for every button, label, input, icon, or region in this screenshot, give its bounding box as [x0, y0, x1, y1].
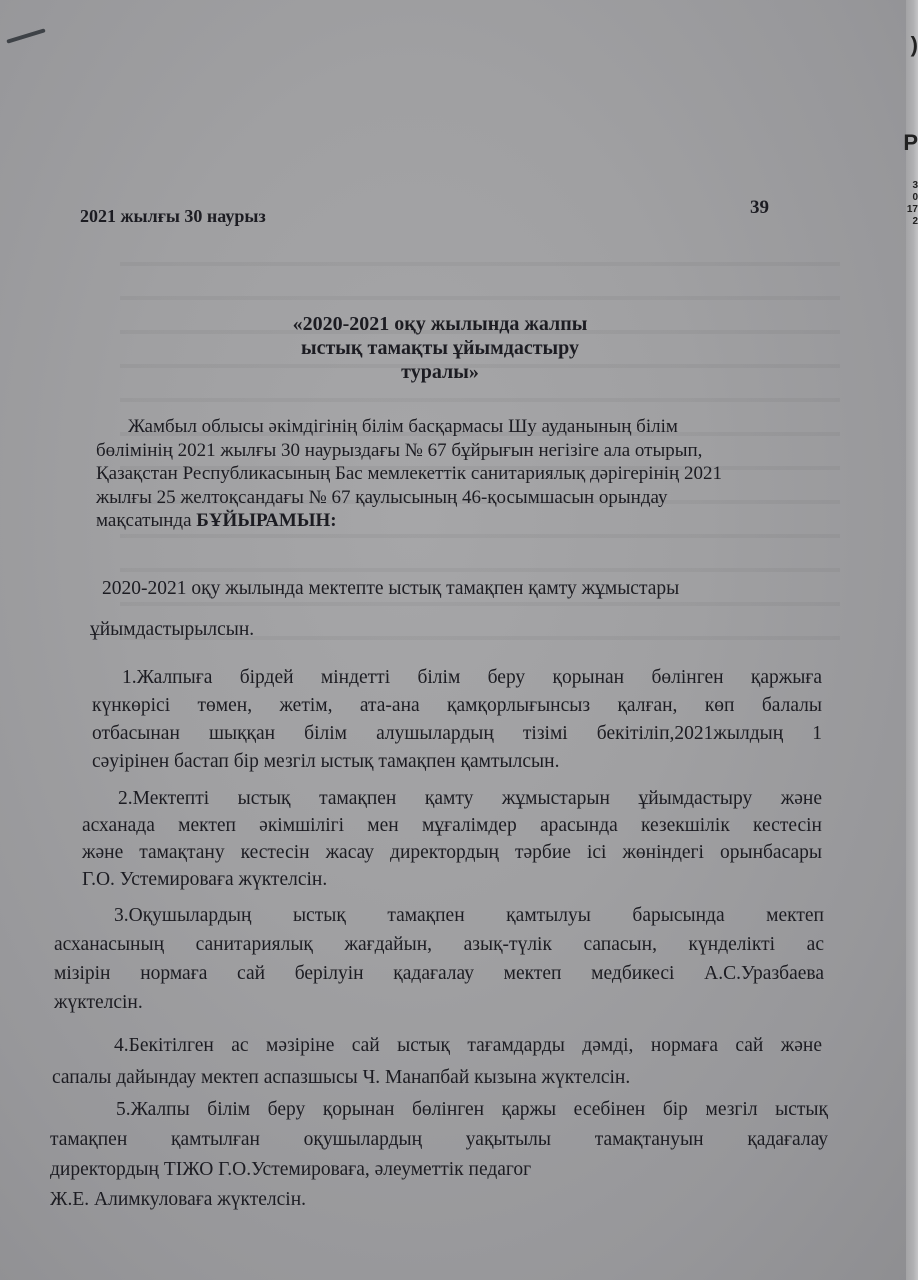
item-line: сәуірінен бастап бір мезгіл ыстық тамақп… — [92, 748, 822, 776]
order-directive: БҰЙЫРАМЫН: — [196, 510, 336, 531]
document-page: 2021 жылғы 30 наурыз 39 «2020-2021 оқу ж… — [0, 0, 918, 1280]
title-line: ыстық тамақты ұйымдастыру — [240, 336, 640, 360]
item-line: мізірін нормаға сай берілуін қадағалау м… — [54, 959, 824, 988]
preamble-line: жылғы 25 желтоқсандағы № 67 қаулысының 4… — [96, 486, 796, 510]
item-line: тамақпен қамтылған оқушылардың уақытылы … — [50, 1125, 828, 1155]
item-line: 3.Оқушылардың ыстық тамақпен қамтылуы ба… — [54, 901, 824, 930]
item-line: және тамақтану кестесін жасау директорды… — [82, 839, 822, 866]
item-line: асханада мектеп әкімшілігі мен мұғалімде… — [82, 812, 822, 839]
preamble-line: мақсатында — [96, 510, 196, 531]
item-line: Г.О. Устемироваға жүктелсін. — [82, 866, 822, 893]
order-item-4: 4.Бекітілген ас мәзіріне сай ыстық тағам… — [52, 1030, 822, 1094]
preamble-paragraph: Жамбыл облысы әкімдігінің білім басқарма… — [96, 415, 796, 533]
item-line: 5.Жалпы білім беру қорынан бөлінген қарж… — [50, 1095, 828, 1125]
item-line: 4.Бекітілген ас мәзіріне сай ыстық тағам… — [52, 1030, 822, 1062]
item-line: жүктелсін. — [54, 988, 824, 1017]
preamble-last-line: мақсатында БҰЙЫРАМЫН: — [96, 509, 796, 533]
item-line: күнкөрісі төмен, жетім, ата-ана қамқорлы… — [92, 692, 822, 720]
intro-paragraph: 2020-2021 оқу жылында мектепте ыстық там… — [90, 568, 790, 650]
preamble-line: Қазақстан Республикасының Бас мемлекетті… — [96, 462, 796, 486]
intro-line: ұйымдастырылсын. — [90, 609, 790, 650]
item-line: Ж.Е. Алимкуловаға жүктелсін. — [50, 1185, 828, 1215]
item-line: директордың ТІЖО Г.О.Устемироваға, әлеум… — [50, 1155, 828, 1185]
title-line: «2020-2021 оқу жылында жалпы — [240, 312, 640, 336]
item-line: 1.Жалпыға бірдей міндетті білім беру қор… — [92, 664, 822, 692]
item-line: асханасының санитариялық жағдайын, азық-… — [54, 930, 824, 959]
item-line: отбасынан шыққан білім алушылардың тізім… — [92, 720, 822, 748]
order-item-2: 2.Мектепті ыстық тамақпен қамту жұмыстар… — [82, 785, 822, 893]
document-date: 2021 жылғы 30 наурыз — [80, 206, 266, 227]
page-number: 39 — [750, 197, 769, 219]
item-line: 2.Мектепті ыстық тамақпен қамту жұмыстар… — [82, 785, 822, 812]
order-item-5: 5.Жалпы білім беру қорынан бөлінген қарж… — [50, 1095, 828, 1215]
title-line: туралы» — [240, 360, 640, 384]
order-item-1: 1.Жалпыға бірдей міндетті білім беру қор… — [92, 664, 822, 776]
preamble-line: Жамбыл облысы әкімдігінің білім басқарма… — [96, 415, 796, 439]
order-item-3: 3.Оқушылардың ыстық тамақпен қамтылуы ба… — [54, 901, 824, 1017]
preamble-line: бөлімінің 2021 жылғы 30 наурыздағы № 67 … — [96, 439, 796, 463]
intro-line: 2020-2021 оқу жылында мектепте ыстық там… — [90, 568, 790, 609]
document-title: «2020-2021 оқу жылында жалпы ыстық тамақ… — [240, 312, 640, 384]
item-line: сапалы дайындау мектеп аспазшысы Ч. Мана… — [52, 1062, 822, 1094]
